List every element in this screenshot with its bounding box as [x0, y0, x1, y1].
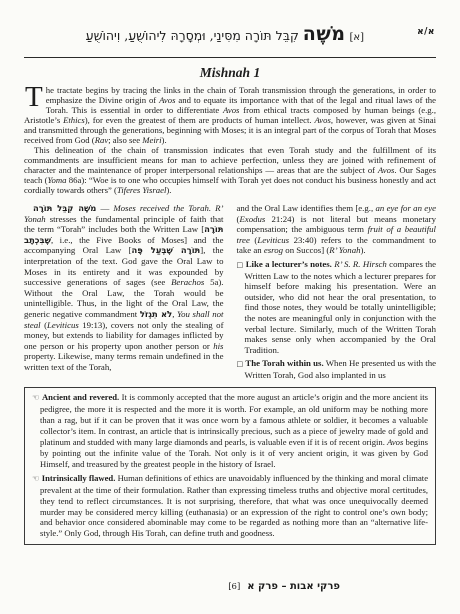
commentary-right-column: and the Oral Law identifies them [e.g., …: [237, 203, 437, 381]
commentary-bullet-lecturers-notes: □ Like a lecturer’s notes. R’ S. R. Hirs…: [237, 259, 437, 355]
commentary-columns: מֹשֶׁה קִבֵּל תּוֹרָה — Moses received t…: [24, 203, 436, 381]
insights-box: ☜ Ancient and revered. It is commonly ac…: [24, 387, 436, 545]
insight-note-ancient-and-revered: ☜ Ancient and revered. It is commonly ac…: [32, 392, 428, 469]
commentary-bullet-torah-within-us: □ The Torah within us. When He presented…: [237, 358, 437, 380]
drop-cap: T: [24, 86, 46, 107]
page-footer: פרקי אבות – פרק א [6]: [228, 581, 340, 592]
book-page: א/א [א] מֹשֶׁה קִבֵּל תּוֹרָה מִסִּינַי,…: [0, 0, 460, 614]
footer-page-number: [6]: [228, 582, 240, 592]
commentary-continuation-paragraph: and the Oral Law identifies them [e.g., …: [237, 203, 437, 256]
header-rule: [24, 57, 436, 58]
mishnah-text: קִבֵּל תּוֹרָה מִסִּינַי, וּמְסָרָהּ לִי…: [86, 28, 299, 43]
mishnah-first-word: מֹשֶׁה: [303, 23, 346, 45]
section-title: Mishnah 1: [24, 65, 436, 81]
insight-note-intrinsically-flawed: ☜ Intrinsically flawed. Human definition…: [32, 473, 428, 539]
commentary-left-column: מֹשֶׁה קִבֵּל תּוֹרָה — Moses received t…: [24, 203, 224, 381]
footer-title: פרקי אבות – פרק א: [247, 581, 340, 592]
intro-section: The tractate begins by tracing the links…: [24, 86, 436, 196]
intro-paragraph-1-text: he tractate begins by tracing the links …: [24, 85, 436, 145]
folio-locator: א/א: [417, 27, 435, 37]
intro-paragraph-1: The tractate begins by tracing the links…: [24, 86, 436, 145]
mishnah-hebrew-line: [א] מֹשֶׁה קִבֵּל תּוֹרָה מִסִּינַי, וּמ…: [14, 20, 364, 52]
intro-paragraph-2: This delineation of the chain of transmi…: [24, 146, 436, 196]
page-header: א/א [א] מֹשֶׁה קִבֵּל תּוֹרָה מִסִּינַי,…: [24, 20, 436, 50]
mishnah-number: [א]: [350, 32, 365, 43]
commentary-lead-paragraph: מֹשֶׁה קִבֵּל תּוֹרָה — Moses received t…: [24, 203, 224, 373]
